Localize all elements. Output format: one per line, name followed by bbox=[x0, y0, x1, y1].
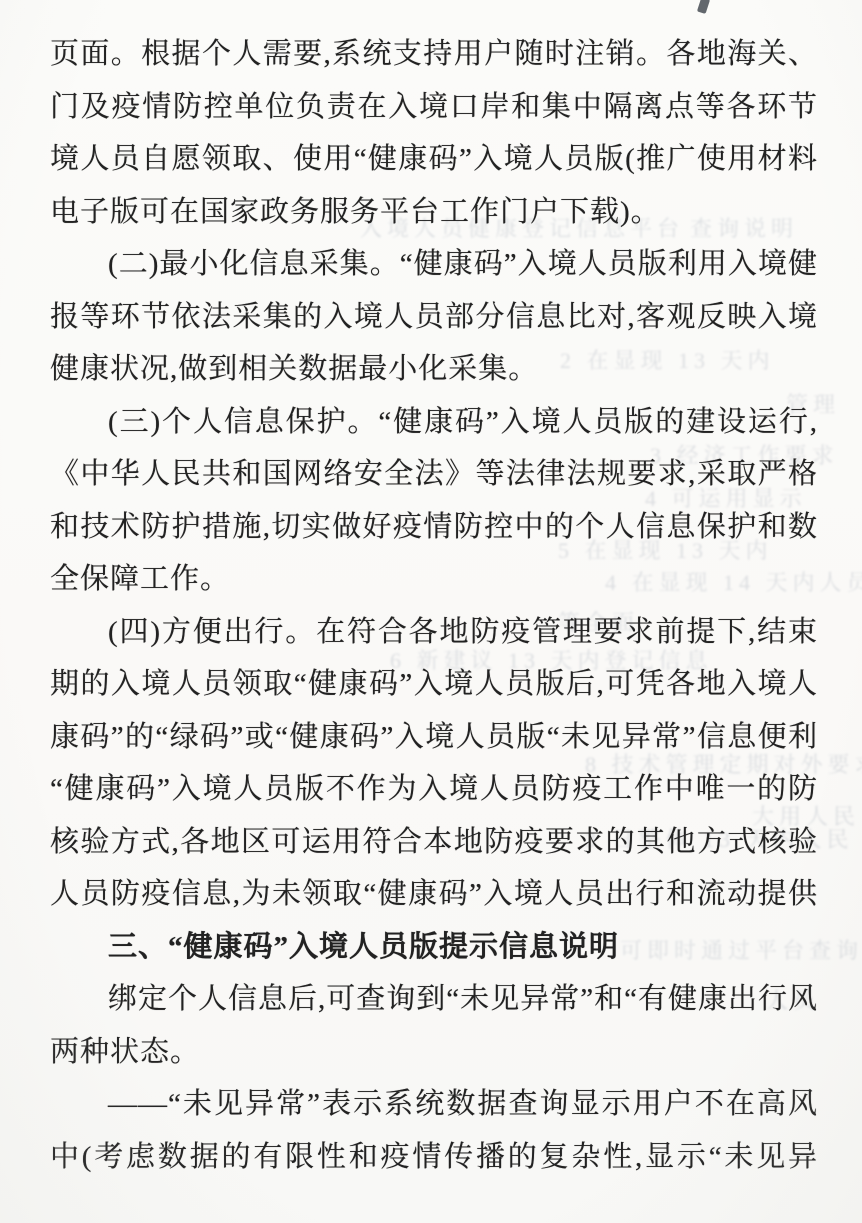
text-line: “健康码”入境人员版不作为入境人员防疫工作中唯一的防疫信息 bbox=[50, 763, 818, 816]
text-line: 康码”的“绿码”或“健康码”入境人员版“未见异常”信息便利出行。 bbox=[50, 711, 818, 764]
text-line: 报等环节依法采集的入境人员部分信息比对,客观反映入境人员 bbox=[50, 291, 818, 344]
text-line: 中(考虑数据的有限性和疫情传播的复杂性,显示“未见异常”并不 bbox=[50, 1131, 818, 1184]
document-text-block: 页面。根据个人需要,系统支持用户随时注销。各地海关、移民部门及疫情防控单位负责在… bbox=[50, 28, 818, 1183]
text-line: 健康状况,做到相关数据最小化采集。 bbox=[50, 343, 818, 396]
text-line: 页面。根据个人需要,系统支持用户随时注销。各地海关、移民部 bbox=[50, 28, 818, 81]
scanned-document-page: 入境人员健康登记信息平台查询说明2 在显现 13 天内管理3 经济工作要求4 可… bbox=[0, 0, 862, 1223]
text-line: 人员防疫信息,为未领取“健康码”入境人员出行和流动提供便利。 bbox=[50, 868, 818, 921]
text-line: 和技术防护措施,切实做好疫情防控中的个人信息保护和数据安 bbox=[50, 501, 818, 554]
text-line: 绑定个人信息后,可查询到“未见异常”和“有健康出行风险” bbox=[50, 973, 818, 1026]
text-line: 门及疫情防控单位负责在入境口岸和集中隔离点等各环节引导入 bbox=[50, 81, 818, 134]
text-line: (二)最小化信息采集。“健康码”入境人员版利用入境健康申 bbox=[50, 238, 818, 291]
text-line: 期的入境人员领取“健康码”入境人员版后,可凭各地入境人员“健 bbox=[50, 658, 818, 711]
text-line: 全保障工作。 bbox=[50, 553, 818, 606]
text-line: ——“未见异常”表示系统数据查询显示用户不在高风险人群 bbox=[50, 1078, 818, 1131]
scan-speck bbox=[697, 0, 710, 14]
text-line: 《中华人民共和国网络安全法》等法律法规要求,采取严格的管理 bbox=[50, 448, 818, 501]
text-line: (四)方便出行。在符合各地防疫管理要求前提下,结束隔离 bbox=[50, 606, 818, 659]
text-line: 核验方式,各地区可运用符合本地防疫要求的其他方式核验入境 bbox=[50, 816, 818, 869]
text-line: 电子版可在国家政务服务平台工作门户下载)。 bbox=[50, 186, 818, 239]
text-line: (三)个人信息保护。“健康码”入境人员版的建设运行,按照 bbox=[50, 396, 818, 449]
text-line: 两种状态。 bbox=[50, 1026, 818, 1079]
section-heading: 三、“健康码”入境人员版提示信息说明 bbox=[50, 921, 818, 974]
text-line: 境人员自愿领取、使用“健康码”入境人员版(推广使用材料附后, bbox=[50, 133, 818, 186]
